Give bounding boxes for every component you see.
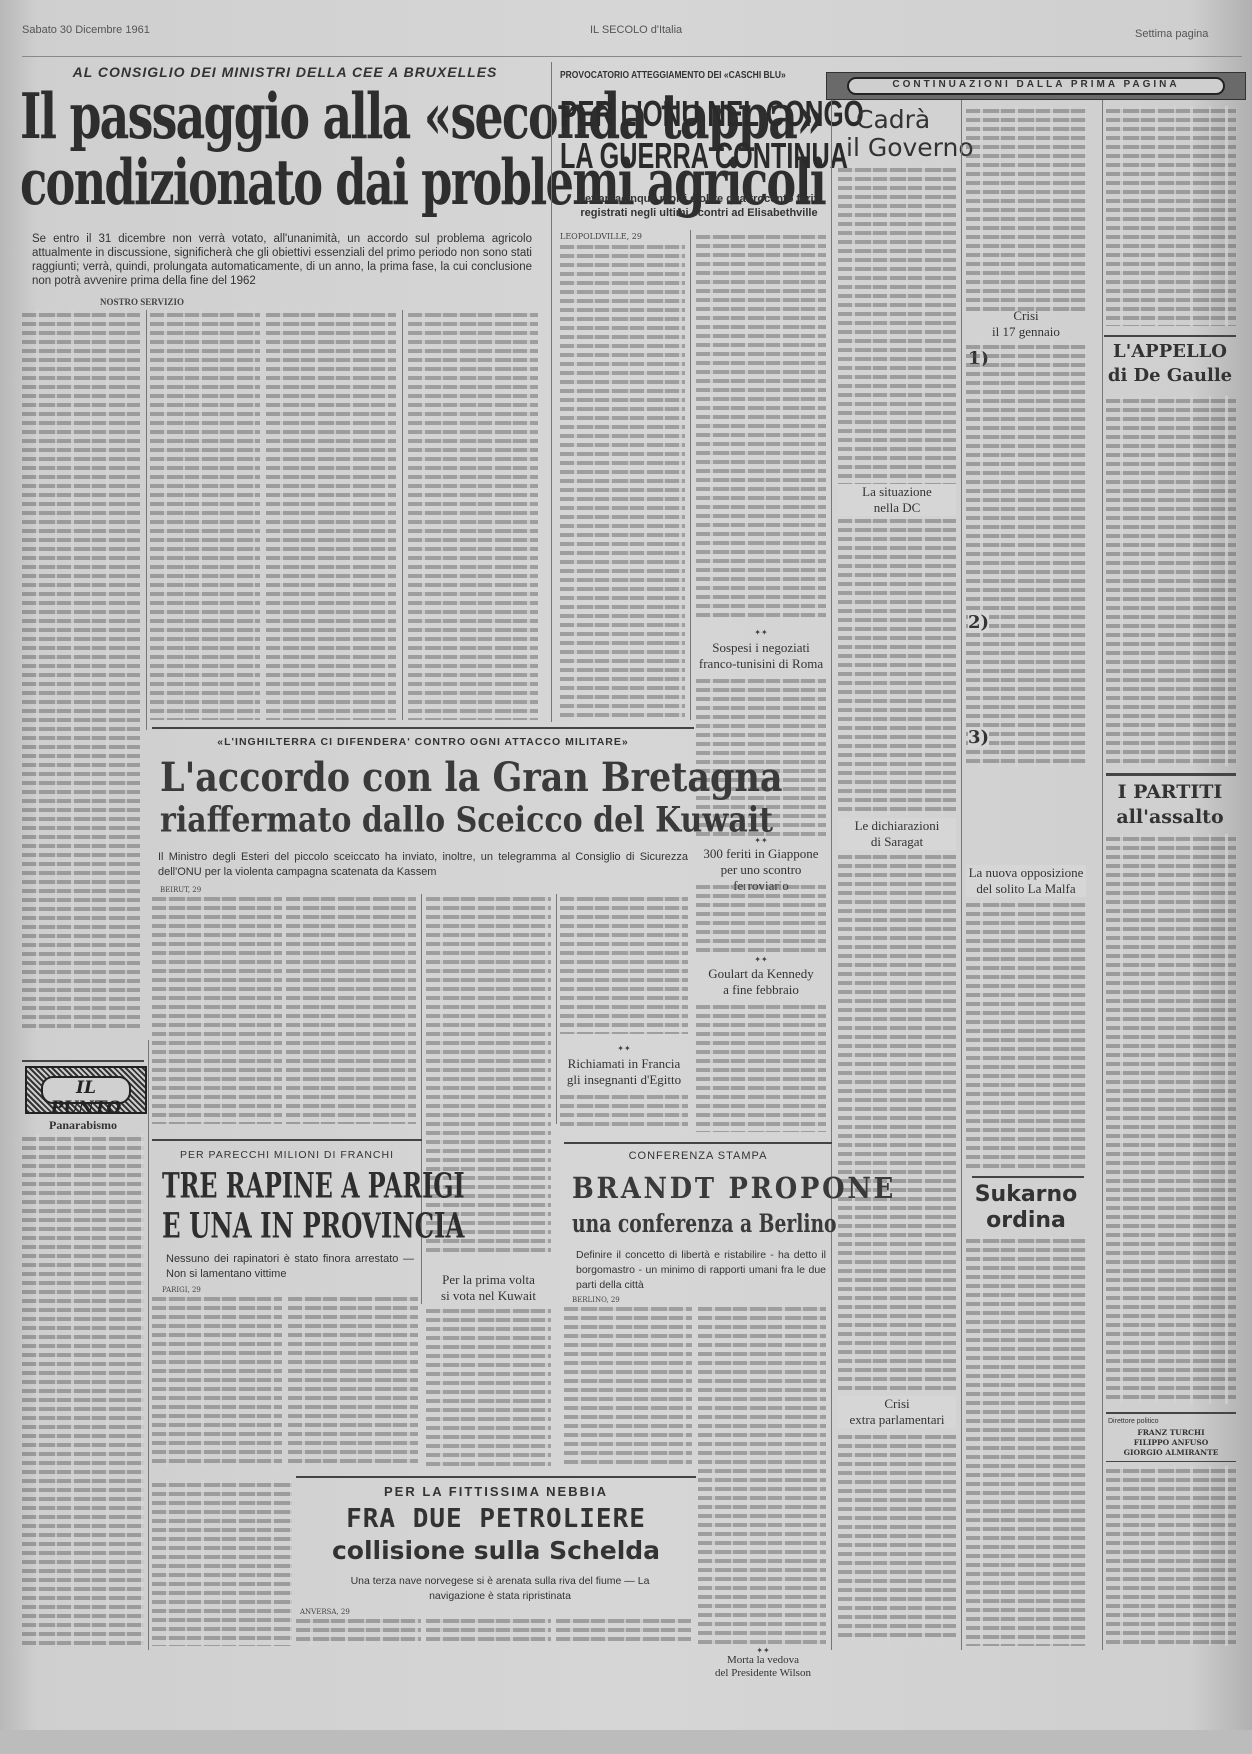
brandt-headline-1: BRANDT PROPONE: [572, 1172, 896, 1206]
parigi-body-col-2: [288, 1294, 418, 1466]
cee-body-col-4: [408, 310, 538, 720]
kuwait-body-col-4: [560, 894, 688, 1034]
paper-name: IL SECOLO d'Italia: [590, 24, 682, 36]
parigi-kicker: PER PARECCHI MILIONI DI FRANCHI: [152, 1149, 422, 1161]
sukarno-headline: Sukarno ordina: [966, 1182, 1086, 1234]
congo-dateline: LEOPOLDVILLE, 29: [560, 232, 642, 241]
sukarno-body: [966, 1236, 1086, 1646]
imprint-body: [1106, 1466, 1236, 1646]
feriti-body: [696, 882, 826, 952]
il-punto-logo: IL PUNTO: [25, 1066, 147, 1114]
kuwait-headline-1: L'accordo con la Gran Bretagna: [160, 754, 783, 800]
crisi-subhead: Crisi il 17 gennaio: [966, 308, 1086, 340]
governo-body-col-2c: [966, 900, 1086, 1170]
voto-kuwait-subhead: Per la prima volta si vota nel Kuwait: [426, 1272, 551, 1304]
opposizione-subhead: La nuova opposizione del solito La Malfa: [966, 865, 1086, 897]
cee-byline: NOSTRO SERVIZIO: [100, 297, 184, 307]
brandt-summary: Definire il concetto di libertà e ristab…: [576, 1248, 826, 1293]
schelda-dateline: ANVERSA, 29: [300, 1608, 350, 1616]
kuwait-body-col-2: [286, 894, 416, 1124]
brandt-kicker: CONFERENZA STAMPA: [564, 1150, 832, 1162]
governo-headline: Cadrà il Governo: [846, 106, 974, 162]
degaulle-headline: L'APPELLO di De Gaulle: [1104, 340, 1236, 388]
crisi-extra-subhead: Crisi extra parlamentari: [838, 1396, 956, 1428]
sospesi-headline: Sospesi i negoziati franco-tunisini di R…: [696, 640, 826, 672]
congo-kicker: PROVOCATORIO ATTEGGIAMENTO DEI «CASCHI B…: [560, 70, 786, 81]
kuwait-summary: Il Ministro degli Esteri del piccolo sce…: [158, 850, 688, 880]
issue-date: Sabato 30 Dicembre 1961: [22, 24, 150, 36]
governo-body-col-1b: [838, 852, 956, 1392]
congo-headline-2: LA GUERRA CONTINUA: [560, 136, 848, 176]
punto-title: Panarabismo: [22, 1118, 144, 1133]
degaulle-body: [1106, 396, 1236, 766]
partiti-headline: I PARTITI all'assalto: [1104, 780, 1236, 830]
partiti-body: [1106, 834, 1236, 1404]
imprint-names: FRANZ TURCHI FILIPPO ANFUSO GIORGIO ALMI…: [1106, 1428, 1236, 1458]
goulart-headline: Goulart da Kennedy a fine febbraio: [696, 966, 826, 998]
cee-summary: Se entro il 31 dicembre non verrà votato…: [32, 232, 532, 288]
schelda-headline-2: collisione sulla Schelda: [300, 1536, 692, 1566]
parigi-body-col-1b: [152, 1480, 292, 1646]
col-right-body: [1106, 106, 1236, 326]
dichiarazioni-subhead: Le dichiarazioni di Saragat: [838, 818, 956, 850]
schelda-headline-1: FRA DUE PETROLIERE: [300, 1504, 692, 1534]
governo-body-col-2: [966, 106, 1086, 311]
brandt-dateline: BERLINO, 29: [572, 1296, 620, 1304]
brandt-body-col-2: [698, 1304, 826, 1644]
goulart-body: [696, 1002, 826, 1132]
congo-summary: Settantacinque morti e oltre quattrocent…: [574, 192, 824, 220]
cee-body-col-2: [150, 310, 260, 720]
cee-body-col-1: [22, 310, 140, 1030]
cee-body-col-3: [266, 310, 396, 720]
continuazioni-banner: CONTINUAZIONI DALLA PRIMA PAGINA: [826, 72, 1246, 100]
parigi-headline-1: TRE RAPINE A PARIGI: [162, 1166, 465, 1206]
point-number-2: 2): [968, 612, 989, 633]
schelda-body-col-3: [556, 1616, 691, 1646]
kuwait-dateline: BEIRUT, 29: [160, 886, 201, 894]
brandt-headline-2: una conferenza a Berlino: [572, 1208, 837, 1240]
brandt-body-col-1: [564, 1304, 692, 1466]
richiamati-body: [560, 1092, 688, 1126]
newspaper-page: Sabato 30 Dicembre 1961 IL SECOLO d'Ital…: [0, 0, 1252, 1754]
congo-headline-1: PER L'ONU NEL CONGO: [560, 94, 864, 134]
schelda-summary: Una terza nave norvegese si è arenata su…: [330, 1574, 670, 1604]
parigi-dateline: PARIGI, 29: [162, 1286, 201, 1294]
schelda-body-col-2: [426, 1616, 551, 1646]
point-number-3: 3): [968, 727, 989, 748]
kuwait-kicker: «L'INGHILTERRA CI DIFENDERA' CONTRO OGNI…: [152, 736, 694, 748]
masthead-rule: [22, 56, 1242, 57]
schelda-kicker: PER LA FITTISSIMA NEBBIA: [296, 1484, 696, 1499]
kuwait-body-col-3b: [426, 1306, 551, 1466]
parigi-body-col-1: [152, 1294, 282, 1466]
governo-body-col-1c: [838, 1432, 956, 1642]
governo-body-col-2b: [966, 342, 1086, 767]
schelda-body-col-1: [296, 1616, 421, 1646]
punto-body: [22, 1134, 144, 1646]
wilson-headline: Morta la vedova del Presidente Wilson: [700, 1654, 826, 1680]
kuwait-body-col-1: [152, 894, 282, 1124]
page-bottom-margin: [0, 1730, 1252, 1754]
congo-body-col-1: [560, 242, 685, 722]
congo-body-col-2: [696, 232, 826, 622]
kuwait-headline-2: riaffermato dallo Sceicco del Kuwait: [160, 800, 773, 840]
page-label: Settima pagina: [1135, 28, 1208, 40]
situazione-subhead: La situazione nella DC: [838, 484, 956, 516]
cee-kicker: AL CONSIGLIO DEI MINISTRI DELLA CEE A BR…: [30, 64, 540, 80]
parigi-summary: Nessuno dei rapinatori è stato finora ar…: [166, 1252, 414, 1282]
richiamati-headline: Richiamati in Francia gli insegnanti d'E…: [560, 1056, 688, 1088]
imprint-label: Direttore politico: [1108, 1418, 1159, 1425]
parigi-headline-2: E UNA IN PROVINCIA: [162, 1206, 464, 1246]
